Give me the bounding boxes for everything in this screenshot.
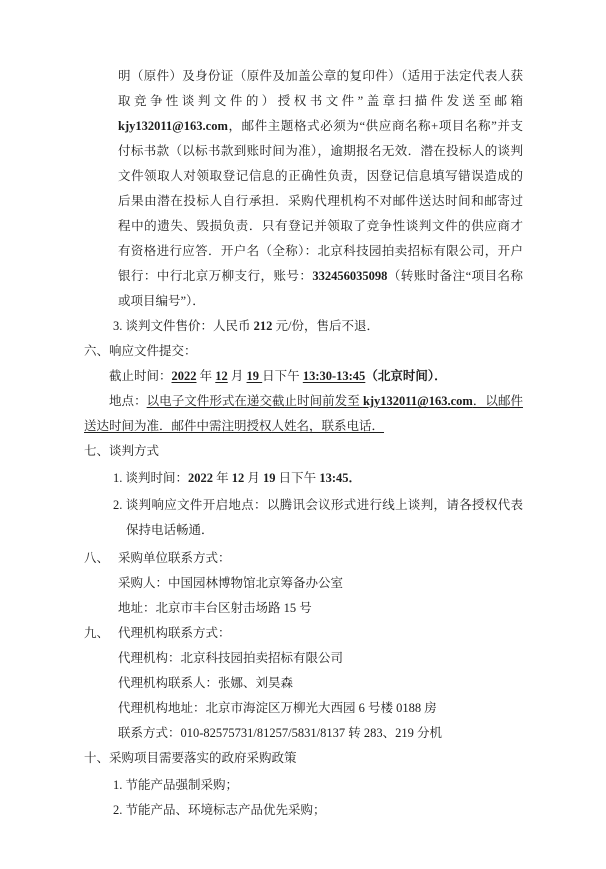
heading-text: 六、响应文件提交： xyxy=(84,344,197,358)
place-label: 地点： xyxy=(109,394,147,408)
heading-text: 七、谈判方式 xyxy=(84,444,159,458)
deadline-day: 19 xyxy=(247,369,263,383)
paragraph-text: 明（原件）及身份证（原件及加盖公章的复印件）（适用于法定代表人获 xyxy=(118,69,523,83)
registration-paragraph-line: 文件领取人对领取登记信息的正确性负责，因登记信息填写错误造成的 xyxy=(84,164,523,189)
section-6-heading: 六、响应文件提交： xyxy=(84,339,523,364)
price-value: 212 xyxy=(254,319,273,333)
registration-paragraph-line: 程中的遗失、毁损负责．只有登记并领取了竞争性谈判文件的供应商才 xyxy=(84,214,523,239)
deadline-timezone: （北京时间）． xyxy=(365,369,446,383)
paragraph-text: ，邮件主题格式必须为“供应商名称+项目名称”并支 xyxy=(228,119,523,133)
bank-account-number: 332456035098 xyxy=(312,269,387,283)
item-text: 元/份，售后不退． xyxy=(272,319,379,333)
place-text: 以电子文件形式在递交截止时间前发至 xyxy=(147,394,363,408)
agency-text: 代理机构：北京科技园拍卖招标有限公司 xyxy=(118,651,343,665)
negotiation-month: 12 xyxy=(232,471,245,485)
negotiation-venue-item: 保持电话畅通． xyxy=(84,518,523,543)
deadline-month: 12 xyxy=(215,369,228,383)
registration-paragraph-line: 后果由潜在投标人自行承担．采购代理机构不对邮件送达时间和邮寄过 xyxy=(84,189,523,214)
item-text: 2. 节能产品、环境标志产品优先采购； xyxy=(113,803,326,817)
negotiation-day: 19 xyxy=(263,471,276,485)
paragraph-text: 或项目编号”）． xyxy=(118,294,205,308)
paragraph-text: 后果由潜在投标人自行承担．采购代理机构不对邮件送达时间和邮寄过 xyxy=(118,194,523,208)
registration-paragraph-line: 有资格进行应答．开户名（全称）：北京科技园拍卖招标有限公司，开户 xyxy=(84,239,523,264)
negotiation-venue-item: 2. 谈判响应文件开启地点：以腾讯会议形式进行线上谈判，请各授权代表 xyxy=(84,493,523,518)
email-address: kjy132011@163.com xyxy=(118,119,228,133)
contacts-text: 代理机构联系人：张娜、刘昊森 xyxy=(118,676,293,690)
heading-text: 代理机构联系方式： xyxy=(118,626,231,640)
document-page: 明（原件）及身份证（原件及加盖公章的复印件）（适用于法定代表人获 取竞争性谈判文… xyxy=(0,0,606,869)
heading-text: 十、采购项目需要落实的政府采购政策 xyxy=(84,751,297,765)
registration-paragraph-line: 取竞争性谈判文件的）授权书文件”盖章扫描件发送至邮箱 xyxy=(84,89,523,114)
paragraph-text: 取竞争性谈判文件的）授权书文件”盖章扫描件发送至邮箱 xyxy=(118,94,523,108)
section-number: 八、 xyxy=(84,551,109,565)
email-address: kjy132011@163.com xyxy=(363,394,473,408)
item-text: ． xyxy=(348,471,361,485)
place-text: ．以邮件 xyxy=(473,394,523,408)
item-text: 1. 谈判时间： xyxy=(113,471,188,485)
submission-place-line: 地点：以电子文件形式在递交截止时间前发至 kjy132011@163.com．以… xyxy=(84,389,523,414)
place-text: 送达时间为准．邮件中需注明授权人姓名，联系电话． xyxy=(84,419,384,433)
section-7-heading: 七、谈判方式 xyxy=(84,439,523,464)
negotiation-year: 2022 xyxy=(188,471,213,485)
item-text: 日下午 xyxy=(276,471,320,485)
policy-item: 1. 节能产品强制采购； xyxy=(84,773,523,798)
buyer-address-line: 地址：北京市丰台区射击场路 15 号 xyxy=(84,596,523,621)
buyer-line: 采购人：中国园林博物馆北京筹备办公室 xyxy=(84,571,523,596)
item-text: 3. 谈判文件售价：人民币 xyxy=(113,319,254,333)
section-8-heading: 八、采购单位联系方式： xyxy=(84,546,523,571)
address-text: 代理机构地址：北京市海淀区万柳光大西园 6 号楼 0188 房 xyxy=(118,701,437,715)
deadline-year: 2022 xyxy=(172,369,197,383)
negotiation-time: 13:45 xyxy=(319,471,348,485)
deadline-text: 日下午 xyxy=(262,369,303,383)
paragraph-text: 有资格进行应答．开户名（全称）：北京科技园拍卖招标有限公司，开户 xyxy=(118,244,523,258)
document-price-item: 3. 谈判文件售价：人民币 212 元/份，售后不退． xyxy=(84,314,523,339)
address-text: 地址：北京市丰台区射击场路 15 号 xyxy=(118,601,312,615)
section-number: 九、 xyxy=(84,626,109,640)
registration-paragraph-line: 银行：中行北京万柳支行，账号：332456035098（转账时备注“项目名称 xyxy=(84,264,523,289)
paragraph-text: 银行：中行北京万柳支行，账号： xyxy=(118,269,312,283)
submission-deadline-line: 截止时间：2022 年 12 月 19 日下午 13:30-13:45（北京时间… xyxy=(84,364,523,389)
deadline-label: 截止时间： xyxy=(109,369,172,383)
section-10-heading: 十、采购项目需要落实的政府采购政策 xyxy=(84,746,523,771)
paragraph-text: 付标书款（以标书款到账时间为准），逾期报名无效．潜在投标人的谈判 xyxy=(118,144,523,158)
phone-text: 联系方式：010-82575731/81257/5831/8137 转 283、… xyxy=(118,726,442,740)
item-text: 1. 节能产品强制采购； xyxy=(113,778,238,792)
submission-place-line: 送达时间为准．邮件中需注明授权人姓名，联系电话． xyxy=(84,414,523,439)
negotiation-time-item: 1. 谈判时间：2022 年 12 月 19 日下午 13:45． xyxy=(84,466,523,491)
paragraph-text: （转账时备注“项目名称 xyxy=(387,269,523,283)
paragraph-text: 文件领取人对领取登记信息的正确性负责，因登记信息填写错误造成的 xyxy=(118,169,523,183)
agency-line: 代理机构：北京科技园拍卖招标有限公司 xyxy=(84,646,523,671)
agency-contacts-line: 代理机构联系人：张娜、刘昊森 xyxy=(84,671,523,696)
buyer-text: 采购人：中国园林博物馆北京筹备办公室 xyxy=(118,576,343,590)
item-text: 2. 谈判响应文件开启地点：以腾讯会议形式进行线上谈判，请各授权代表 xyxy=(113,498,523,512)
registration-paragraph-line: kjy132011@163.com，邮件主题格式必须为“供应商名称+项目名称”并… xyxy=(84,114,523,139)
section-9-heading: 九、代理机构联系方式： xyxy=(84,621,523,646)
item-text: 保持电话畅通． xyxy=(126,523,214,537)
agency-address-line: 代理机构地址：北京市海淀区万柳光大西园 6 号楼 0188 房 xyxy=(84,696,523,721)
paragraph-text: 程中的遗失、毁损负责．只有登记并领取了竞争性谈判文件的供应商才 xyxy=(118,219,523,233)
deadline-text: 年 xyxy=(197,369,216,383)
heading-text: 采购单位联系方式： xyxy=(118,551,231,565)
item-text: 月 xyxy=(244,471,263,485)
policy-item: 2. 节能产品、环境标志产品优先采购； xyxy=(84,798,523,823)
item-text: 年 xyxy=(213,471,232,485)
deadline-text: 月 xyxy=(228,369,247,383)
registration-paragraph-line: 付标书款（以标书款到账时间为准），逾期报名无效．潜在投标人的谈判 xyxy=(84,139,523,164)
registration-paragraph-line: 明（原件）及身份证（原件及加盖公章的复印件）（适用于法定代表人获 xyxy=(84,64,523,89)
agency-phone-line: 联系方式：010-82575731/81257/5831/8137 转 283、… xyxy=(84,721,523,746)
registration-paragraph-line: 或项目编号”）． xyxy=(84,289,523,314)
deadline-time-range: 13:30-13:45 xyxy=(303,369,366,383)
